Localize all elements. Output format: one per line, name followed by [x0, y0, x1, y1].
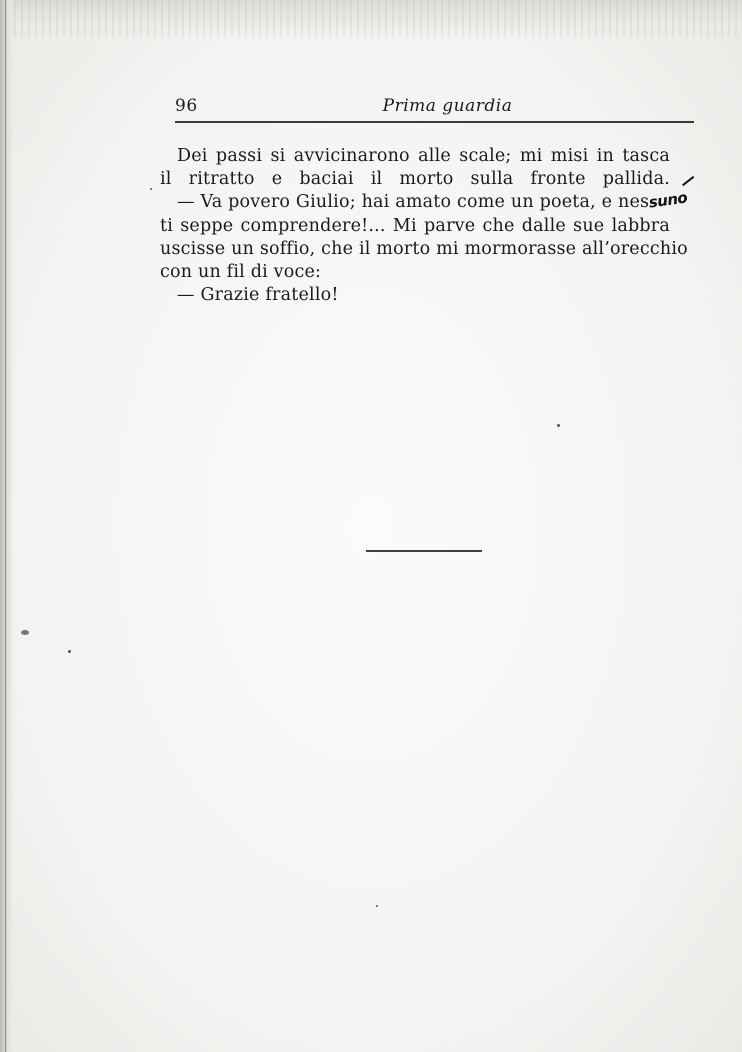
scan-speck	[150, 188, 152, 190]
scan-smudge	[21, 630, 29, 635]
scan-speck	[557, 424, 560, 427]
text-line: ti seppe comprendere!... Mi parve che da…	[160, 215, 670, 238]
scan-speck	[376, 905, 378, 907]
scan-noise-top	[0, 0, 742, 38]
scanned-book-page: 96 Prima guardia Dei passi si avvicinaro…	[0, 0, 742, 1052]
page-header: 96 Prima guardia	[175, 96, 694, 122]
text-line: — Grazie fratello!	[160, 284, 670, 307]
handwritten-annotation: suno	[647, 187, 688, 215]
scan-speck	[68, 650, 71, 653]
text-line: uscisse un soffio, che il morto mi mormo…	[160, 238, 670, 261]
text-line: con un fil di voce:	[160, 261, 670, 284]
text-line: Dei passi si avvicinarono alle scale; mi…	[160, 145, 670, 168]
text-line-content: — Va povero Giulio; hai amato come un po…	[177, 192, 649, 212]
header-rule	[175, 121, 694, 123]
body-text: Dei passi si avvicinarono alle scale; mi…	[160, 145, 670, 307]
running-title: Prima guardia	[175, 96, 694, 116]
section-end-rule	[366, 550, 482, 552]
page-binding-edge	[0, 0, 14, 1052]
text-line: — Va povero Giulio; hai amato come un po…	[160, 191, 670, 214]
text-line: il ritratto e baciai il morto sulla fron…	[160, 168, 670, 191]
